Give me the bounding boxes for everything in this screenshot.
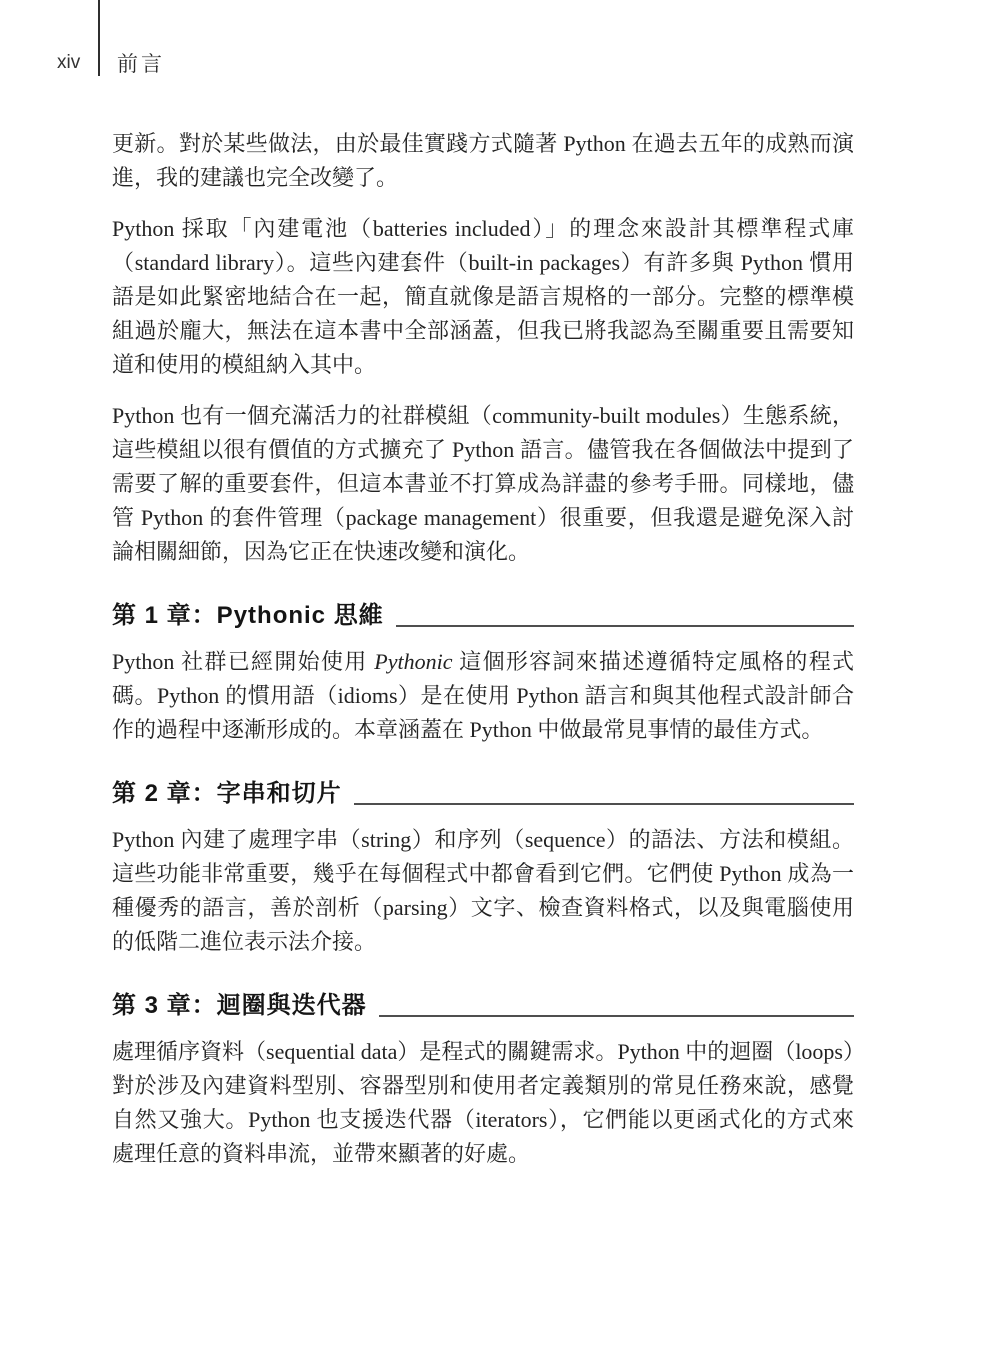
chapter-2-title: 第 2 章：字串和切片 (112, 779, 342, 809)
heading-rule (379, 1015, 854, 1017)
chapter-1-italic-term: Pythonic (374, 649, 452, 674)
running-title: 前言 (117, 48, 165, 78)
chapter-1-heading: 第 1 章：Pythonic 思維 (112, 601, 854, 631)
chapter-2-heading: 第 2 章：字串和切片 (112, 779, 854, 809)
intro-paragraph-3: Python 也有一個充滿活力的社群模組（community-built mod… (112, 399, 854, 569)
chapter-3-heading: 第 3 章：迴圈與迭代器 (112, 991, 854, 1021)
intro-paragraph-1: 更新。對於某些做法，由於最佳實踐方式隨著 Python 在過去五年的成熟而演進，… (112, 127, 854, 195)
heading-rule (396, 625, 854, 627)
page-number: xiv (57, 52, 80, 74)
page-body: 更新。對於某些做法，由於最佳實踐方式隨著 Python 在過去五年的成熟而演進，… (112, 127, 854, 1188)
header-divider (98, 0, 100, 76)
chapter-1-title: 第 1 章：Pythonic 思維 (112, 601, 384, 631)
heading-rule (354, 803, 854, 805)
intro-paragraph-2: Python 採取「內建電池（batteries included）」的理念來設… (112, 212, 854, 382)
chapter-2-description: Python 內建了處理字串（string）和序列（sequence）的語法、方… (112, 823, 854, 959)
chapter-1-description-start: Python 社群已經開始使用 (112, 649, 374, 674)
book-page: xiv 前言 更新。對於某些做法，由於最佳實踐方式隨著 Python 在過去五年… (0, 0, 1000, 1353)
chapter-1-description: Python 社群已經開始使用 Pythonic 這個形容詞來描述遵循特定風格的… (112, 645, 854, 747)
chapter-3-description: 處理循序資料（sequential data）是程式的關鍵需求。Python 中… (112, 1035, 854, 1171)
chapter-3-title: 第 3 章：迴圈與迭代器 (112, 991, 367, 1021)
